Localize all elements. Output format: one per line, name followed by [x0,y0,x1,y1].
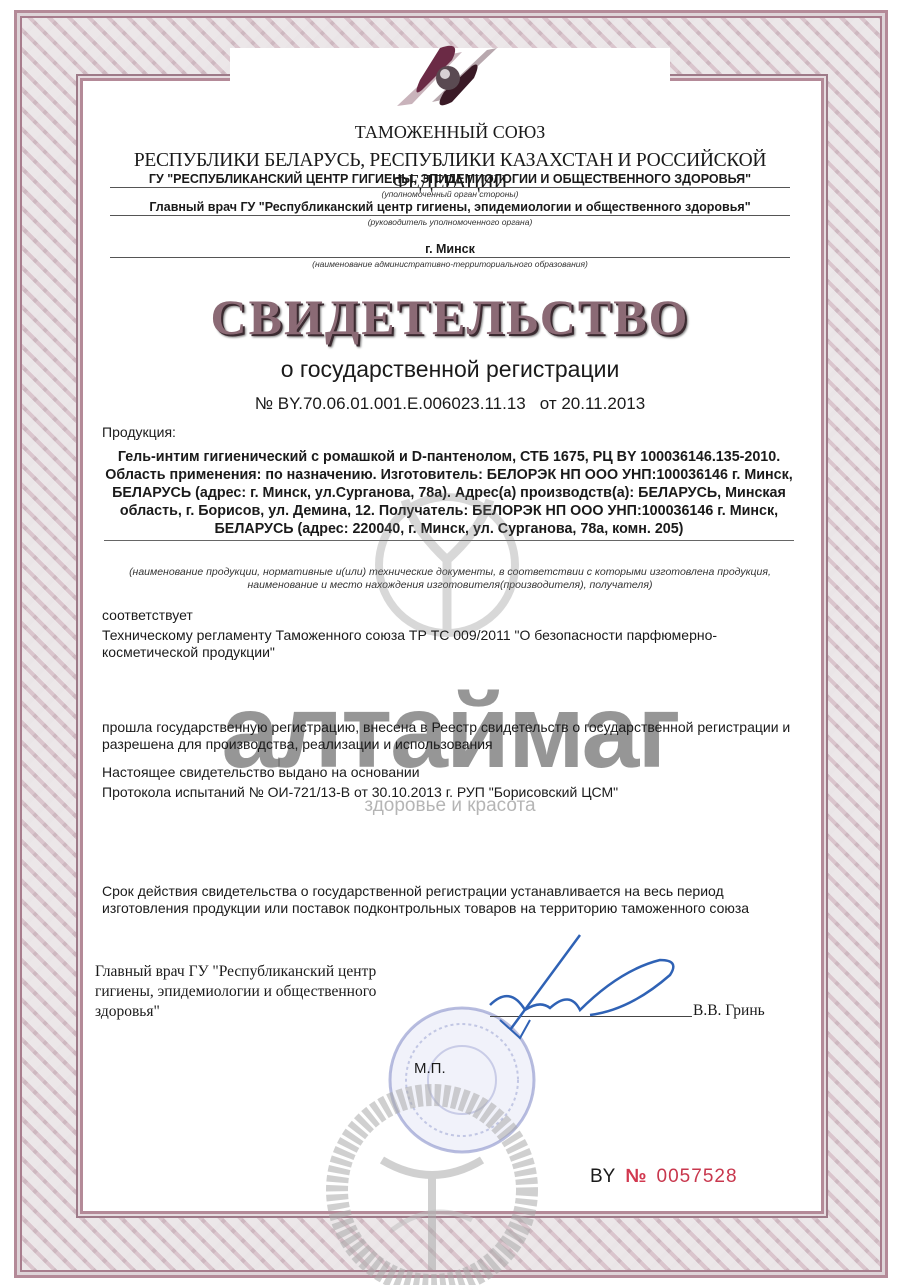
city-name: г. Минск [110,242,790,258]
signer-name: В.В. Гринь [693,1002,765,1020]
watermark-tagline: здоровье и красота [0,795,900,817]
authority-name: ГУ "РЕСПУБЛИКАНСКИЙ ЦЕНТР ГИГИЕНЫ, ЭПИДЕ… [110,172,790,188]
head-block: Главный врач ГУ "Республиканский центр г… [110,200,790,227]
customs-union-heading: ТАМОЖЕННЫЙ СОЮЗ [0,122,900,143]
serial-no-sign: № [625,1166,646,1187]
basis-label: Настоящее свидетельство выдано на основа… [102,764,792,781]
registration-number-line: № BY.70.06.01.001.E.006023.11.13от 20.11… [0,394,900,414]
authority-block: ГУ "РЕСПУБЛИКАНСКИЙ ЦЕНТР ГИГИЕНЫ, ЭПИДЕ… [110,172,790,199]
handwritten-signature-icon [480,930,720,1040]
signer-position: Главный врач ГУ "Республиканский центр г… [95,962,435,1022]
city-caption: (наименование административно-территориа… [110,259,790,269]
registration-date: от 20.11.2013 [540,394,645,413]
product-label: Продукция: [102,424,792,441]
conformity-regulation: Техническому регламенту Таможенного союз… [102,627,792,661]
customs-union-logo-icon [392,40,502,112]
serial-number: 0057528 [657,1166,738,1187]
head-caption: (руководитель уполномоченного органа) [110,217,790,227]
registration-status: прошла государственную регистрацию, внес… [102,719,792,753]
certificate-subtitle: о государственной регистрации [0,356,900,383]
registration-number: № BY.70.06.01.001.E.006023.11.13 [255,394,526,413]
validity-text: Срок действия свидетельства о государств… [102,883,792,917]
embossed-seal-icon [322,1080,542,1285]
authority-caption: (уполномоченный орган стороны) [110,189,790,199]
city-block: г. Минск (наименование административно-т… [110,242,790,269]
conformity-label: соответствует [102,607,792,624]
certificate-title: СВИДЕТЕЛЬСТВО [0,288,900,346]
seal-label: М.П. [414,1060,446,1077]
form-serial-number: BY№0057528 [590,1166,738,1188]
serial-country: BY [590,1166,615,1187]
head-name: Главный врач ГУ "Республиканский центр г… [110,200,790,216]
